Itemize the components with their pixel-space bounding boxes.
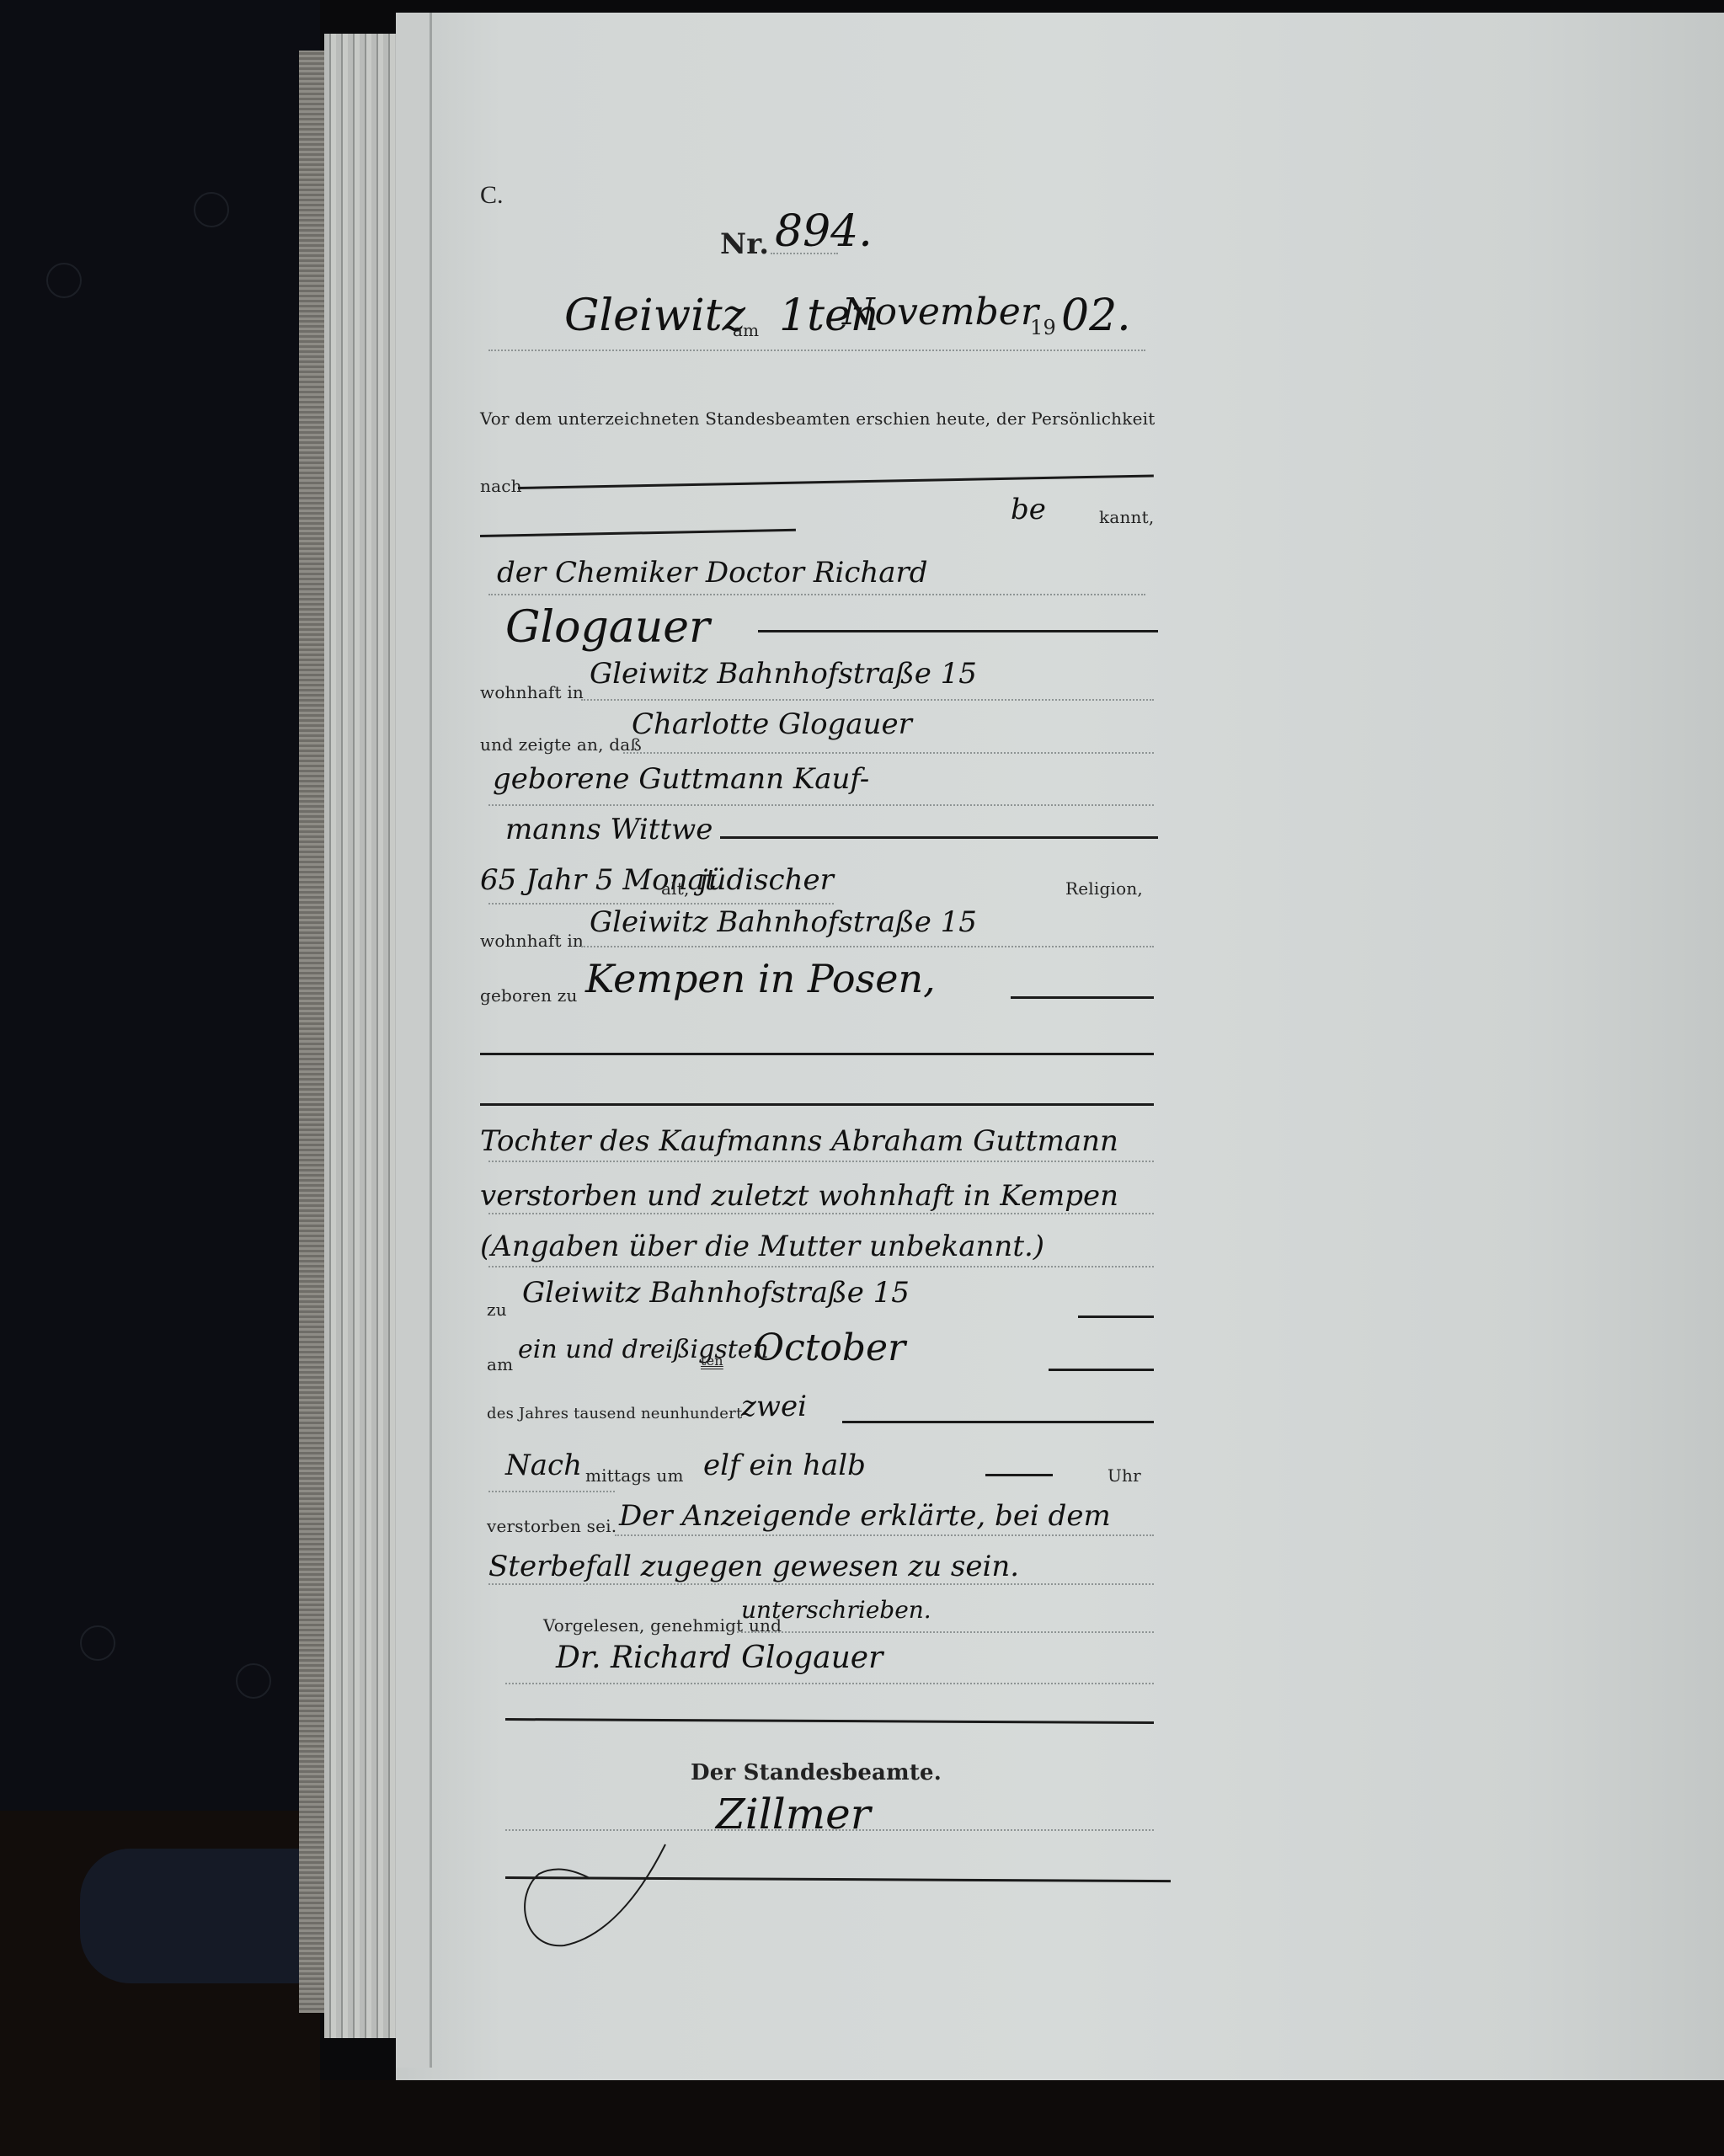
deceased-status: manns Wittwe [505, 813, 713, 846]
am-label: am [733, 320, 759, 340]
page-gutter [396, 13, 432, 2068]
place-of-registration: Gleiwitz [564, 291, 745, 341]
parents-line-1: Tochter des Kaufmanns Abraham Guttmann [480, 1124, 1118, 1158]
death-place: Gleiwitz Bahnhofstraße 15 [522, 1276, 910, 1310]
dotted-line [615, 1534, 1154, 1536]
am-label-2: am [487, 1354, 513, 1374]
dotted-line [488, 1491, 615, 1492]
deceased-name: Charlotte Glogauer [632, 707, 912, 741]
screw-icon [46, 263, 82, 298]
dotted-line [488, 903, 834, 905]
dotted-line [488, 1161, 1154, 1162]
wohnhaft-label: wohnhaft in [480, 682, 584, 702]
screw-icon [80, 1625, 115, 1661]
screw-icon [194, 192, 229, 227]
book-binding [299, 51, 324, 2013]
intro-text: Vor dem unterzeichneten Standesbeamten e… [480, 408, 1154, 429]
dotted-line [488, 1213, 1154, 1214]
death-year-word: zwei [741, 1390, 807, 1423]
page-stack-edge [324, 34, 396, 2038]
registrar-label: Der Standesbeamte. [691, 1760, 942, 1785]
mittags-label: mittags um [585, 1465, 684, 1486]
blank-rule [758, 630, 1158, 632]
blank-rule [842, 1421, 1154, 1423]
dotted-line [581, 699, 1154, 701]
vorgelesen-value: unterschrieben. [741, 1596, 931, 1624]
death-day: ein und dreißigsten [518, 1335, 769, 1364]
year-prefix: 19 [1030, 316, 1056, 339]
informant-residence: Gleiwitz Bahnhofstraße 15 [590, 657, 977, 691]
number-label: Nr. [720, 227, 769, 261]
death-month: October [754, 1326, 905, 1369]
blank-rule [1078, 1315, 1154, 1318]
parents-line-3: (Angaben über die Mutter unbekannt.) [480, 1230, 1044, 1263]
death-time: elf ein halb [703, 1449, 866, 1482]
remark-line-1: Der Anzeigende erklärte, bei dem [619, 1499, 1111, 1533]
dotted-line [623, 752, 1154, 754]
blank-rule [518, 475, 1154, 489]
informant-surname: Glogauer [505, 602, 710, 653]
dotted-line [488, 804, 1154, 806]
time-of-day: Nach [505, 1449, 582, 1482]
dotted-line [488, 594, 1145, 595]
dotted-line [488, 1583, 1154, 1585]
blank-rule [480, 529, 796, 537]
informant-occupation-name: der Chemiker Doctor Richard [497, 556, 928, 590]
blank-rule [1011, 996, 1154, 999]
registrar-signature: Zillmer [716, 1790, 871, 1838]
section-letter: C. [480, 181, 504, 210]
ten-label: ten [701, 1353, 723, 1369]
blank-rule [480, 1103, 1154, 1106]
dotted-line [488, 1266, 1154, 1267]
nach-label: nach [480, 476, 522, 496]
signature-flourish-icon [505, 1836, 691, 1954]
dotted-line [581, 946, 1154, 947]
alt-label: alt, [661, 878, 690, 899]
wohnhaft-label-2: wohnhaft in [480, 931, 584, 951]
bekannt-handwritten: be [1011, 493, 1046, 526]
parents-line-2: verstorben und zuletzt wohnhaft in Kempe… [480, 1179, 1118, 1213]
verstorben-label: verstorben sei. [487, 1516, 616, 1536]
zu-label: zu [487, 1299, 507, 1320]
geboren-label: geboren zu [480, 985, 578, 1006]
dotted-line [737, 1631, 1154, 1633]
blank-rule [1049, 1369, 1154, 1371]
deceased-maiden-name: geborene Guttmann Kauf- [493, 762, 869, 796]
separator-rule [505, 1718, 1154, 1724]
scanner-clamp [80, 1849, 333, 1983]
registration-month: November [842, 291, 1038, 334]
religion-value: jüdischer [699, 863, 834, 897]
jahres-label: des Jahres tausend neunhundert [487, 1405, 742, 1422]
dotted-line [488, 350, 1145, 351]
bekannt-label: kannt, [1099, 507, 1154, 527]
register-entry: C. Nr. 894. Gleiwitz am 1ten November 19… [472, 0, 1162, 2156]
zeigte-an-label: und zeigte an, daß [480, 734, 642, 755]
birthplace: Kempen in Posen, [585, 956, 936, 1001]
blank-rule [985, 1474, 1053, 1476]
deceased-residence: Gleiwitz Bahnhofstraße 15 [590, 905, 977, 939]
informant-signature: Dr. Richard Glogauer [556, 1641, 883, 1675]
remark-line-2: Sterbefall zugegen gewesen zu sein. [488, 1550, 1019, 1583]
screw-icon [236, 1663, 271, 1699]
registration-year: 02. [1061, 291, 1131, 341]
religion-label: Religion, [1065, 878, 1143, 899]
dotted-line [505, 1829, 1154, 1831]
dotted-line [771, 253, 838, 254]
uhr-label: Uhr [1108, 1465, 1141, 1486]
entry-number: 894. [775, 206, 873, 257]
blank-rule [720, 836, 1158, 839]
dotted-line [505, 1683, 1154, 1684]
blank-rule [480, 1053, 1154, 1055]
